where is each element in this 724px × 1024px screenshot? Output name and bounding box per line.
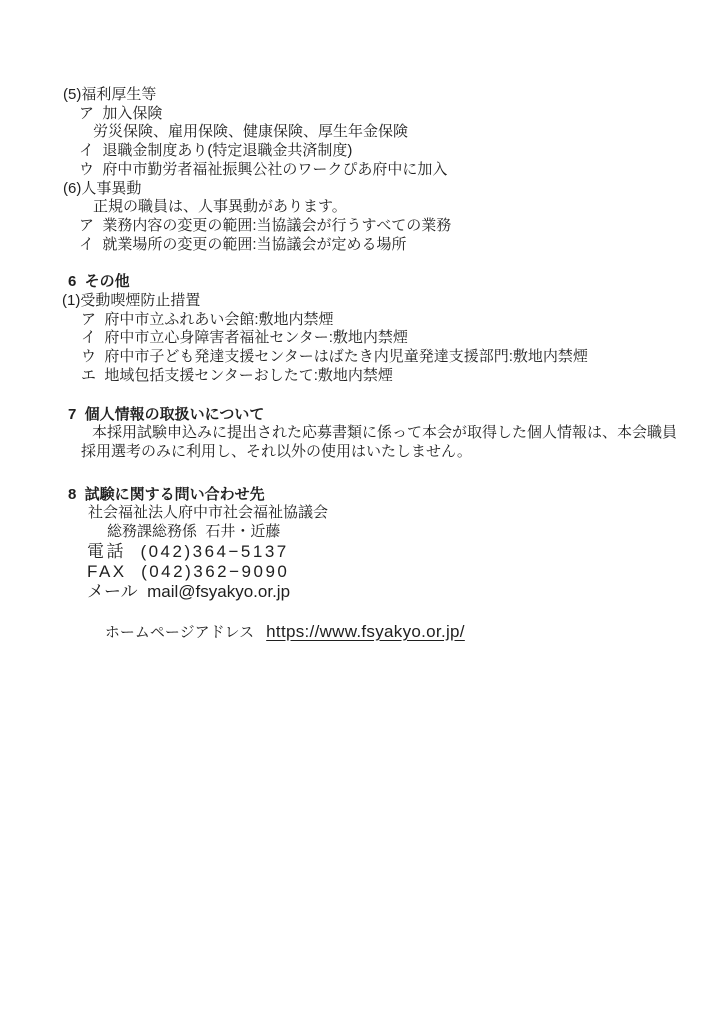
- contact-fax: FAX (042)362−9090: [87, 562, 724, 582]
- privacy-body-line1: 本採用試験申込みに提出された応募書類に係って本会が取得した個人情報は、本会職員: [92, 424, 724, 443]
- smoking-item-shinshin: イ 府中市立心身障害者福祉センター:敷地内禁煙: [81, 329, 724, 348]
- contact-department: 総務課総務係 石井・近藤: [107, 523, 724, 542]
- privacy-heading: 7 個人情報の取扱いについて: [68, 406, 724, 425]
- privacy-body-line2: 採用選考のみに利用し、それ以外の使用はいたしません。: [81, 443, 724, 462]
- homepage-label: ホームページアドレス: [105, 624, 254, 641]
- contact-email: メール mail@fsyakyo.or.jp: [87, 582, 724, 602]
- document-page: (5)福利厚生等 ア 加入保険 労災保険、雇用保険、健康保険、厚生年金保険 イ …: [0, 0, 724, 1024]
- smoking-item-oshitate: エ 地域包括支援センターおしたて:敷地内禁煙: [81, 367, 724, 386]
- smoking-item-fureai: ア 府中市立ふれあい会館:敷地内禁煙: [81, 311, 724, 330]
- smoking-item-habataki: ウ 府中市子ども発達支援センターはばたき内児童発達支援部門:敷地内禁煙: [81, 348, 724, 367]
- contact-phone: 電話 (042)364−5137: [87, 542, 724, 562]
- contact-organization: 社会福祉法人府中市社会福祉協議会: [88, 504, 724, 523]
- contact-heading: 8 試験に関する問い合わせ先: [68, 486, 724, 505]
- insurance-list: 労災保険、雇用保険、健康保険、厚生年金保険: [93, 123, 724, 142]
- benefits-title: (5)福利厚生等: [63, 86, 724, 105]
- personnel-title: (6)人事異動: [63, 180, 724, 199]
- scope-location-item: イ 就業場所の変更の範囲:当協議会が定める場所: [79, 236, 724, 255]
- insurance-heading: ア 加入保険: [79, 105, 724, 124]
- retirement-item: イ 退職金制度あり(特定退職金共済制度): [79, 142, 724, 161]
- personnel-note: 正規の職員は、人事異動があります。: [93, 198, 724, 217]
- scope-duties-item: ア 業務内容の変更の範囲:当協議会が行うすべての業務: [79, 217, 724, 236]
- contact-homepage-line: ホームページアドレスhttps://www.fsyakyo.or.jp/: [86, 602, 724, 663]
- workpia-item: ウ 府中市勤労者福祉振興公社のワークぴあ府中に加入: [79, 161, 724, 180]
- smoking-measures-title: (1)受動喫煙防止措置: [62, 292, 724, 311]
- others-heading: 6 その他: [68, 273, 724, 292]
- homepage-link[interactable]: https://www.fsyakyo.or.jp/: [266, 622, 465, 641]
